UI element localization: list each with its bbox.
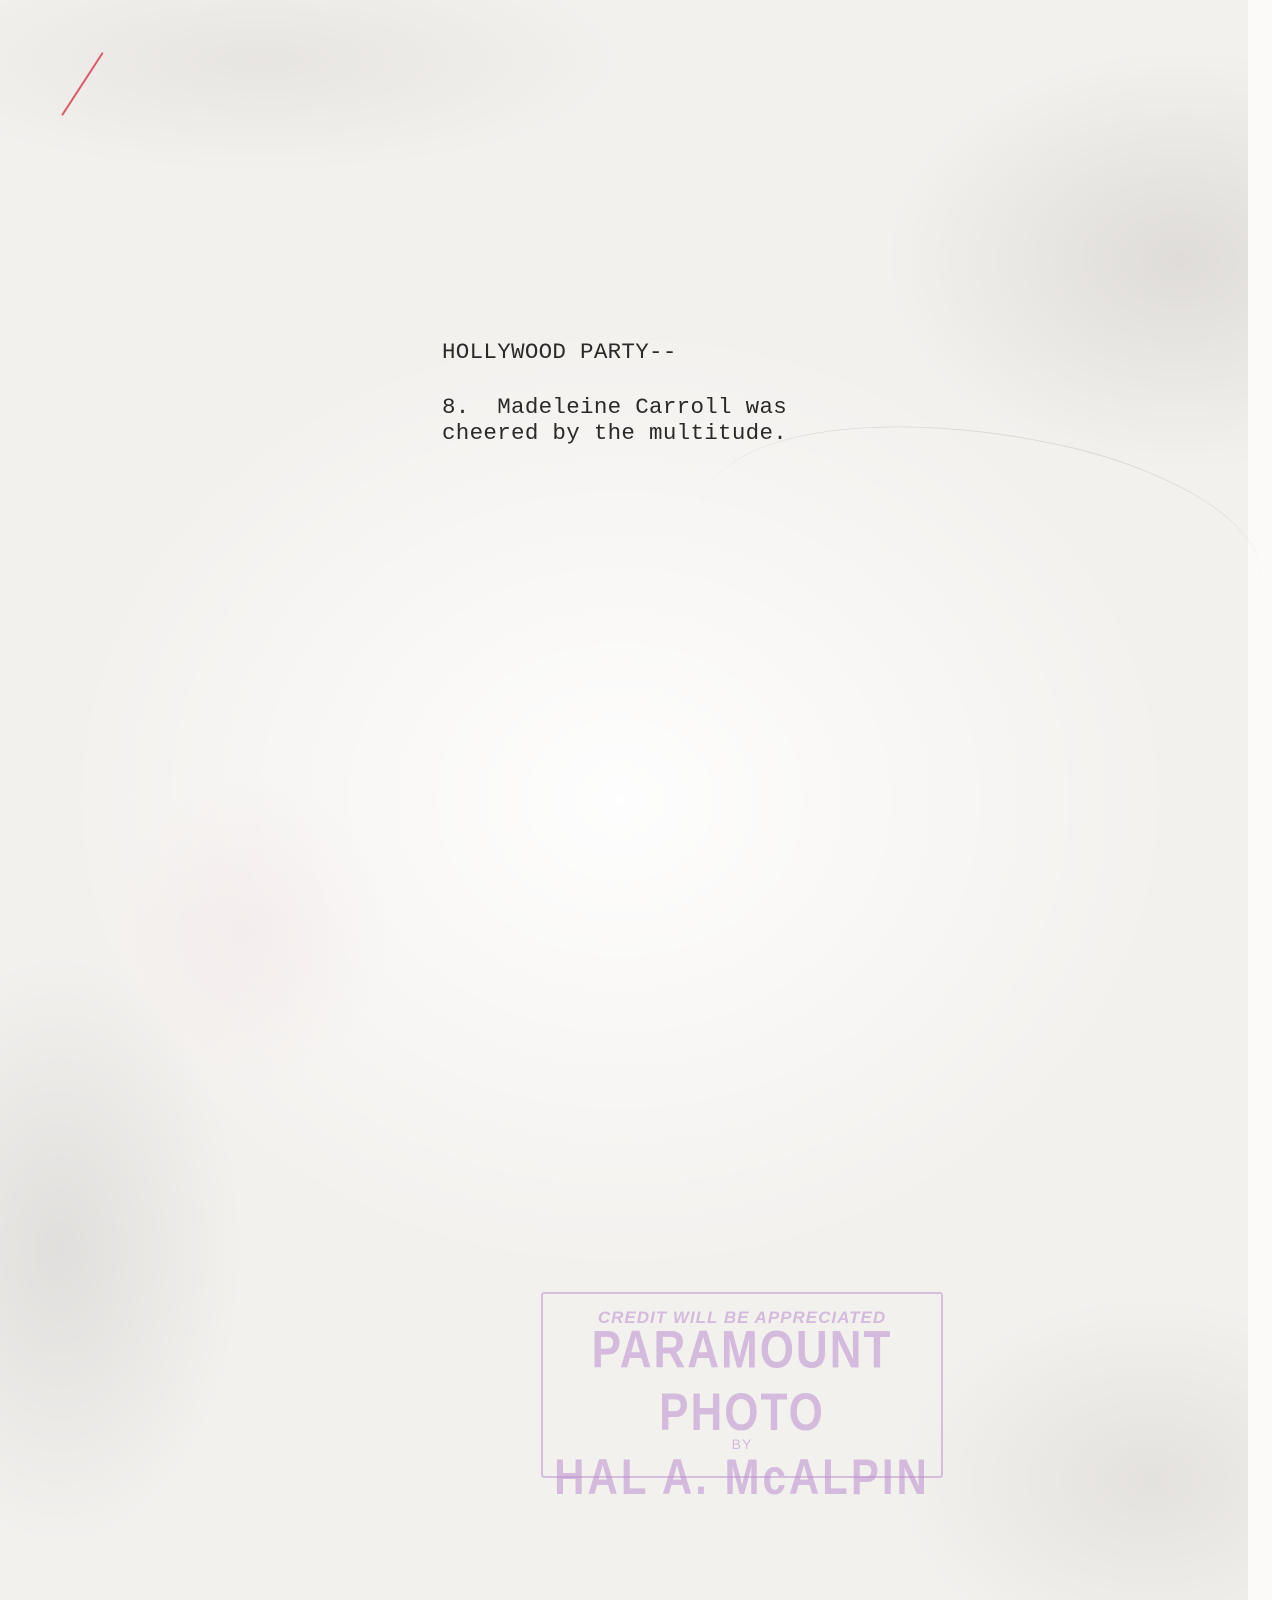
stamp-studio-line: PARAMOUNT PHOTO: [543, 1320, 941, 1445]
credit-stamp: CREDIT WILL BE APPRECIATED PARAMOUNT PHO…: [541, 1292, 943, 1478]
typed-title: HOLLYWOOD PARTY--: [442, 339, 677, 365]
typed-caption: 8. Madeleine Carroll was cheered by the …: [442, 394, 787, 446]
red-pencil-mark: [61, 52, 104, 116]
photo-back-paper: HOLLYWOOD PARTY-- 8. Madeleine Carroll w…: [0, 0, 1248, 1600]
stamp-photographer-line: HAL A. McALPIN: [543, 1447, 941, 1507]
caption-line-2: cheered by the multitude.: [442, 420, 787, 446]
caption-line-1: 8. Madeleine Carroll was: [442, 394, 787, 420]
